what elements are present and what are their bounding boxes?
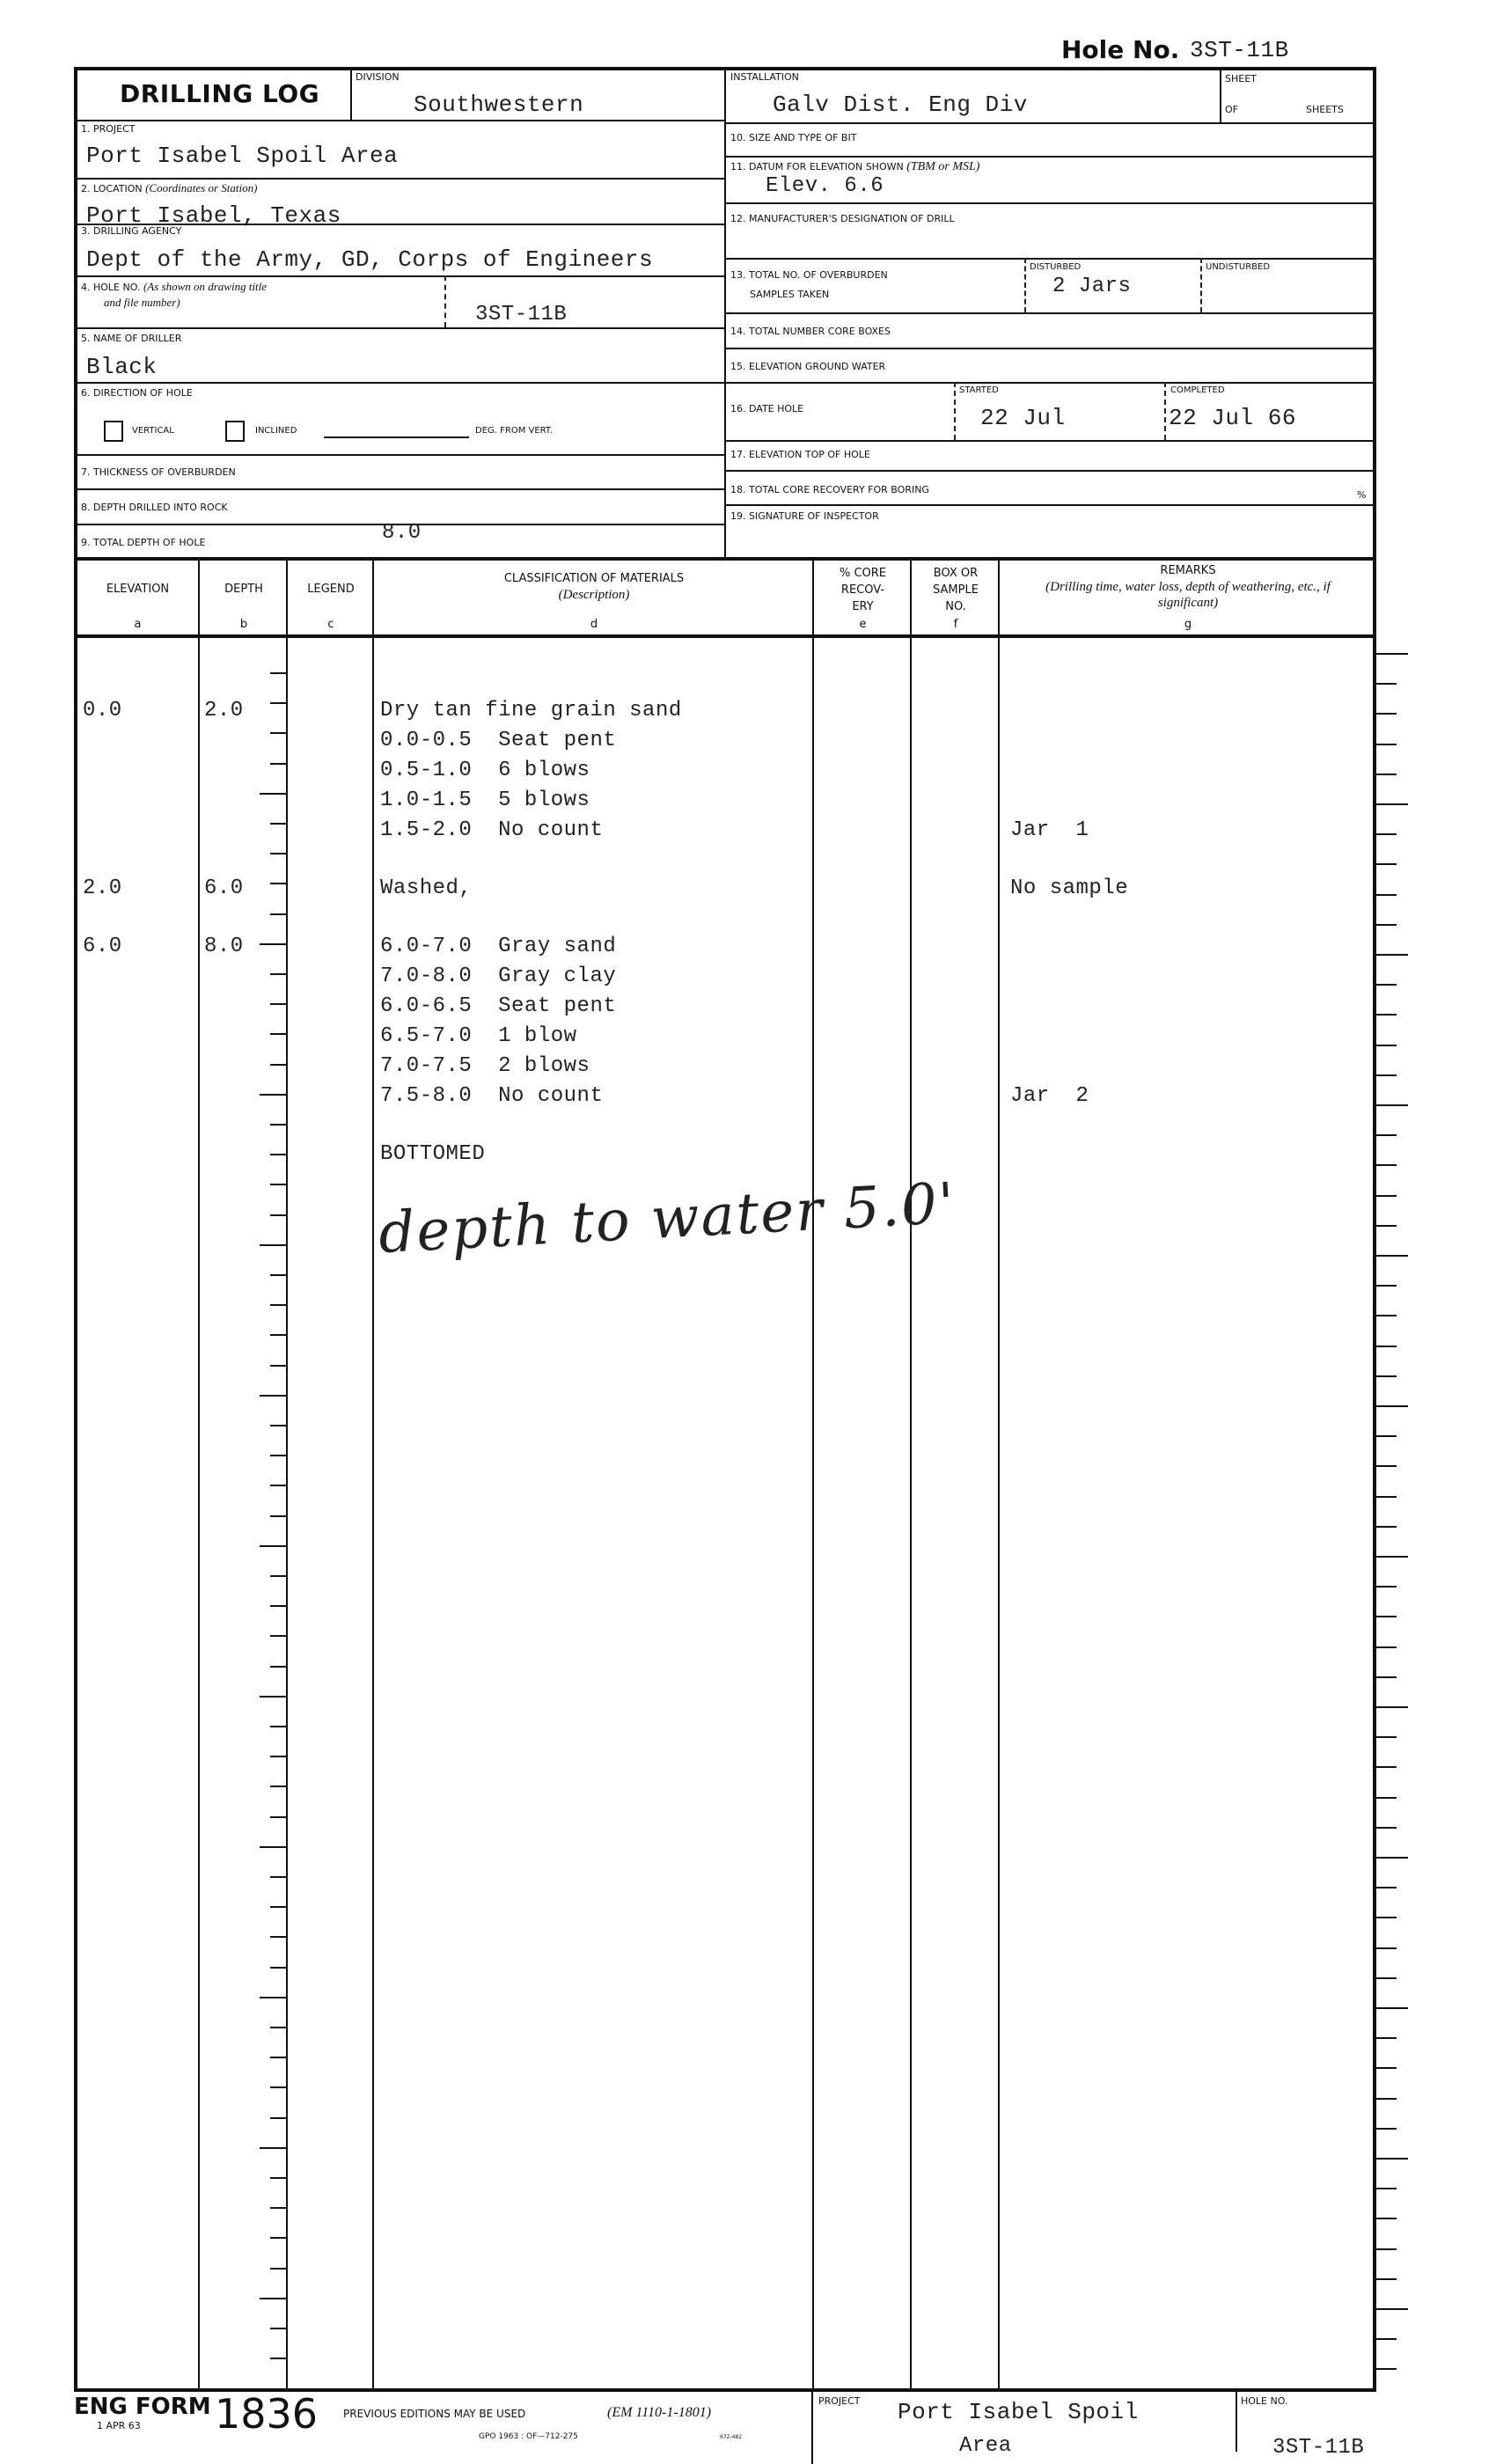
depth-tick: [270, 1605, 286, 1607]
column-header-title: LEGEND: [290, 581, 372, 598]
depth-tick: [260, 1846, 286, 1848]
depth-tick: [270, 1124, 286, 1126]
sheets-label: SHEETS: [1306, 104, 1344, 115]
remarks-cell: Jar 2: [1010, 1084, 1089, 1108]
depth-tick: [270, 2086, 286, 2088]
depth-tick: [270, 1003, 286, 1005]
small-code: 672-482: [720, 2434, 742, 2440]
depth-tick: [270, 1726, 286, 1727]
depth-tick: [270, 883, 286, 884]
depth-tick: [270, 1425, 286, 1426]
edge-tick: [1375, 1736, 1397, 1738]
location-label: 2. LOCATION (Coordinates or Station): [81, 181, 257, 195]
edge-tick: [1375, 653, 1408, 655]
depth-tick: [270, 1033, 286, 1035]
form-number: 1836: [215, 2390, 318, 2438]
inclined-degrees-field[interactable]: [324, 436, 469, 438]
depth-tick: [270, 1184, 286, 1185]
depth-cell: 8.0: [204, 935, 244, 958]
elevation-cell: 2.0: [83, 876, 122, 900]
depth-tick: [270, 823, 286, 825]
driller-label: 5. NAME OF DRILLER: [81, 333, 181, 344]
depth-tick: [270, 1936, 286, 1938]
description-cell: 7.5-8.0 No count: [380, 1084, 603, 1108]
edge-tick: [1375, 1947, 1397, 1949]
edge-tick: [1375, 1526, 1397, 1528]
started-field[interactable]: 22 Jul: [980, 405, 1066, 431]
of-label: OF: [1225, 104, 1238, 115]
depth-tick: [260, 2298, 286, 2299]
edge-tick: [1375, 954, 1408, 956]
edge-tick: [1375, 1074, 1397, 1076]
depth-tick: [270, 1214, 286, 1216]
depth-tick: [260, 2147, 286, 2149]
description-cell: 7.0-7.5 2 blows: [380, 1054, 590, 1078]
edge-tick: [1375, 713, 1397, 715]
column-header-title: CLASSIFICATION OF MATERIALS: [376, 570, 812, 587]
depth-tick: [270, 702, 286, 704]
inspector-signature-label: 19. SIGNATURE OF INSPECTOR: [730, 510, 879, 522]
description-cell: 0.0-0.5 Seat pent: [380, 729, 616, 752]
bit-label: 10. SIZE AND TYPE OF BIT: [730, 132, 856, 143]
project-field[interactable]: Port Isabel Spoil Area: [86, 143, 398, 169]
remarks-cell: No sample: [1010, 876, 1128, 900]
disturbed-label: DISTURBED: [1030, 262, 1081, 272]
edge-tick: [1375, 1676, 1397, 1678]
edge-tick: [1375, 2308, 1408, 2310]
edge-tick: [1375, 1045, 1397, 1046]
edge-tick: [1375, 833, 1397, 835]
depth-tick: [270, 1876, 286, 1878]
hole-no-label-hint2: and file number): [104, 296, 180, 310]
depth-tick: [270, 1365, 286, 1367]
percent-sign: %: [1357, 489, 1366, 501]
depth-tick: [270, 2177, 286, 2179]
edge-tick: [1375, 1887, 1397, 1888]
column-header-line: SAMPLE: [913, 582, 998, 598]
edge-tick: [1375, 1766, 1397, 1768]
column-header-title: ELEVATION: [77, 581, 198, 598]
edge-tick: [1375, 1014, 1397, 1016]
disturbed-field[interactable]: 2 Jars: [1052, 275, 1131, 298]
handwritten-note: depth to water 5.0': [378, 1171, 958, 1266]
edge-tick: [1375, 1827, 1397, 1829]
depth-tick: [270, 1154, 286, 1155]
edge-tick: [1375, 1977, 1397, 1979]
edge-tick: [1375, 1917, 1397, 1918]
edge-tick: [1375, 1195, 1397, 1197]
depth-tick: [260, 1094, 286, 1096]
edge-tick: [1375, 2098, 1397, 2100]
column-header-subtitle: (Description): [376, 587, 812, 603]
edge-tick: [1375, 1225, 1397, 1227]
datum-label: 11. DATUM FOR ELEVATION SHOWN (TBM or MS…: [730, 160, 979, 174]
deg-from-vert-label: DEG. FROM VERT.: [475, 426, 553, 436]
edge-tick: [1375, 984, 1397, 986]
datum-field[interactable]: Elev. 6.6: [766, 174, 884, 198]
description-cell: BOTTOMED: [380, 1142, 485, 1166]
footer-project-label: PROJECT: [818, 2395, 861, 2407]
core-recovery-label: 18. TOTAL CORE RECOVERY FOR BORING: [730, 484, 929, 495]
column-header-subtitle: (Drilling time, water loss, depth of wea…: [1001, 579, 1375, 611]
edge-tick: [1375, 1134, 1397, 1136]
undisturbed-label: UNDISTURBED: [1206, 262, 1270, 272]
date-hole-label: 16. DATE HOLE: [730, 403, 803, 414]
depth-tick: [270, 672, 286, 674]
remarks-cell: Jar 1: [1010, 818, 1089, 842]
datum-label-text: 11. DATUM FOR ELEVATION SHOWN: [730, 161, 904, 172]
edge-tick: [1375, 2278, 1397, 2280]
column-header-line: RECOV-: [816, 582, 910, 598]
edge-tick: [1375, 863, 1397, 865]
edge-tick: [1375, 894, 1397, 896]
project-label: 1. PROJECT: [81, 123, 136, 135]
column-header-title: DEPTH: [202, 581, 286, 598]
edge-tick: [1375, 1375, 1397, 1377]
division-label: DIVISION: [356, 71, 400, 83]
edge-tick: [1375, 1857, 1408, 1859]
inclined-checkbox[interactable]: [225, 421, 245, 442]
depth-tick: [270, 1635, 286, 1637]
completed-label: COMPLETED: [1170, 385, 1225, 395]
edge-tick: [1375, 2128, 1397, 2130]
column-letter-f: f: [913, 618, 998, 631]
edge-tick: [1375, 2338, 1397, 2340]
hole-no-heading: Hole No.: [1061, 35, 1179, 64]
installation-field[interactable]: Galv Dist. Eng Div: [773, 92, 1028, 118]
completed-field[interactable]: 22 Jul 66: [1169, 405, 1296, 431]
depth-tick: [260, 793, 286, 795]
sheet-label: SHEET: [1225, 73, 1257, 84]
em-reference: (EM 1110-1-1801): [607, 2405, 711, 2421]
depth-tick: [270, 973, 286, 975]
column-letter-e: e: [816, 618, 910, 631]
depth-tick: [270, 763, 286, 765]
description-cell: 1.5-2.0 No count: [380, 818, 603, 842]
core-boxes-label: 14. TOTAL NUMBER CORE BOXES: [730, 326, 891, 337]
depth-tick: [270, 732, 286, 734]
description-cell: Washed,: [380, 876, 472, 900]
depth-tick: [260, 1395, 286, 1397]
edge-tick: [1375, 1797, 1397, 1799]
elevation-cell: 6.0: [83, 935, 122, 958]
depth-tick: [270, 1485, 286, 1486]
depth-tick: [260, 1244, 286, 1246]
depth-tick: [260, 1997, 286, 1998]
column-letter-b: b: [202, 618, 286, 631]
depth-tick: [270, 2358, 286, 2359]
edge-tick: [1375, 744, 1397, 745]
edge-tick: [1375, 1616, 1397, 1617]
description-cell: 6.0-6.5 Seat pent: [380, 994, 616, 1018]
footer-hole-no-value: 3ST-11B: [1272, 2436, 1364, 2460]
installation-label: INSTALLATION: [730, 71, 799, 83]
depth-tick: [270, 2027, 286, 2028]
edge-tick: [1375, 2037, 1397, 2039]
column-header-title: REMARKS: [1001, 562, 1375, 579]
column-header-b: DEPTH: [202, 581, 286, 598]
driller-field[interactable]: Black: [86, 354, 158, 380]
depth-tick: [270, 1304, 286, 1306]
depth-tick: [270, 2207, 286, 2209]
depth-tick: [270, 2117, 286, 2119]
edge-tick: [1375, 2158, 1408, 2160]
edge-tick: [1375, 1315, 1397, 1316]
footer-project-line2: Area: [959, 2434, 1012, 2458]
depth-tick: [270, 913, 286, 915]
column-header-line: ERY: [816, 598, 910, 615]
overburden-label: 7. THICKNESS OF OVERBURDEN: [81, 466, 236, 478]
depth-tick: [270, 2268, 286, 2270]
depth-tick: [270, 1967, 286, 1969]
depth-tick: [270, 1666, 286, 1668]
edge-tick: [1375, 2188, 1397, 2189]
description-cell: 6.0-7.0 Gray sand: [380, 935, 616, 958]
depth-tick: [270, 853, 286, 854]
column-letter-c: c: [290, 618, 372, 631]
footer-hole-no-label: HOLE NO.: [1241, 2395, 1287, 2407]
edge-tick: [1375, 1346, 1397, 1347]
column-header-a: ELEVATION: [77, 581, 198, 598]
hole-no-label: 4. HOLE NO. (As shown on drawing title: [81, 280, 267, 294]
total-depth-field[interactable]: 8.0: [382, 521, 422, 545]
form-label: ENG FORM: [74, 2394, 211, 2420]
column-header-line: NO.: [913, 598, 998, 615]
edge-tick: [1375, 2248, 1397, 2250]
division-field[interactable]: Southwestern: [414, 92, 583, 118]
depth-cell: 2.0: [204, 699, 244, 722]
form-title: DRILLING LOG: [120, 79, 319, 108]
description-cell: 0.5-1.0 6 blows: [380, 759, 590, 782]
edge-tick: [1375, 2368, 1397, 2370]
edge-tick: [1375, 1164, 1397, 1166]
column-header-f: BOX ORSAMPLENO.: [913, 565, 998, 615]
started-label: STARTED: [959, 385, 999, 395]
depth-tick: [270, 1455, 286, 1456]
edge-tick: [1375, 2218, 1397, 2219]
rock-depth-label: 8. DEPTH DRILLED INTO ROCK: [81, 502, 228, 513]
edge-tick: [1375, 1465, 1397, 1467]
hole-no-label-text: 4. HOLE NO.: [81, 282, 140, 293]
depth-tick: [270, 1515, 286, 1517]
depth-tick: [270, 1756, 286, 1757]
edge-tick: [1375, 1255, 1408, 1257]
total-depth-label: 9. TOTAL DEPTH OF HOLE: [81, 537, 205, 548]
vertical-checkbox[interactable]: [104, 421, 123, 442]
depth-tick: [270, 1334, 286, 1336]
edge-tick: [1375, 1435, 1397, 1437]
inclined-label: INCLINED: [255, 426, 297, 436]
depth-tick: [260, 943, 286, 945]
depth-tick: [260, 1696, 286, 1698]
depth-tick: [270, 1816, 286, 1818]
edge-tick: [1375, 1556, 1408, 1558]
depth-tick: [260, 1545, 286, 1547]
edge-tick: [1375, 1496, 1397, 1498]
vertical-label: VERTICAL: [132, 426, 174, 436]
editions-note: PREVIOUS EDITIONS MAY BE USED: [343, 2408, 525, 2420]
depth-tick: [270, 1575, 286, 1577]
edge-tick: [1375, 683, 1397, 685]
edge-tick: [1375, 1104, 1408, 1106]
depth-tick: [270, 2328, 286, 2329]
agency-field[interactable]: Dept of the Army, GD, Corps of Engineers: [86, 246, 653, 273]
agency-label: 3. DRILLING AGENCY: [81, 225, 181, 237]
direction-label: 6. DIRECTION OF HOLE: [81, 387, 193, 399]
elevation-cell: 0.0: [83, 699, 122, 722]
drill-designation-label: 12. MANUFACTURER'S DESIGNATION OF DRILL: [730, 213, 955, 224]
description-cell: Dry tan fine grain sand: [380, 699, 682, 722]
depth-tick: [270, 1274, 286, 1276]
hole-no-heading-value: 3ST-11B: [1190, 37, 1289, 63]
edge-tick: [1375, 1285, 1397, 1287]
depth-tick: [270, 2237, 286, 2239]
samples-label: 13. TOTAL NO. OF OVERBURDEN: [730, 269, 888, 281]
edge-tick: [1375, 2007, 1408, 2009]
footer-project-line1: Port Isabel Spoil: [898, 2399, 1139, 2425]
hole-no-label-hint: (As shown on drawing title: [143, 280, 267, 293]
gpo-note: GPO 1963 : OF—712-275: [479, 2432, 578, 2441]
edge-tick: [1375, 774, 1397, 775]
column-letter-d: d: [376, 618, 812, 631]
depth-cell: 6.0: [204, 876, 244, 900]
column-letter-g: g: [1001, 618, 1375, 631]
column-header-c: LEGEND: [290, 581, 372, 598]
column-letter-a: a: [77, 618, 198, 631]
samples-label-2: SAMPLES TAKEN: [750, 289, 829, 300]
depth-tick: [270, 1786, 286, 1787]
depth-tick: [270, 1064, 286, 1066]
description-cell: 1.0-1.5 5 blows: [380, 788, 590, 812]
depth-tick: [270, 1906, 286, 1908]
top-elevation-label: 17. ELEVATION TOP OF HOLE: [730, 449, 870, 460]
edge-tick: [1375, 1706, 1408, 1708]
depth-tick: [270, 2057, 286, 2058]
edge-tick: [1375, 1646, 1397, 1648]
description-cell: 7.0-8.0 Gray clay: [380, 964, 616, 988]
edge-tick: [1375, 2067, 1397, 2069]
edge-tick: [1375, 803, 1408, 805]
datum-label-hint: (TBM or MSL): [906, 160, 979, 173]
location-label-hint: (Coordinates or Station): [145, 181, 257, 194]
edge-tick: [1375, 924, 1397, 926]
ground-water-label: 15. ELEVATION GROUND WATER: [730, 361, 885, 372]
column-header-g: REMARKS(Drilling time, water loss, depth…: [1001, 562, 1375, 611]
edge-tick: [1375, 1405, 1408, 1407]
form-date: 1 APR 63: [97, 2420, 141, 2431]
column-header-d: CLASSIFICATION OF MATERIALS(Description): [376, 570, 812, 603]
column-header-line: BOX OR: [913, 565, 998, 582]
column-header-e: % CORERECOV-ERY: [816, 565, 910, 615]
column-header-line: % CORE: [816, 565, 910, 582]
description-cell: 6.5-7.0 1 blow: [380, 1024, 577, 1048]
hole-no-field[interactable]: 3ST-11B: [475, 303, 567, 326]
location-label-text: 2. LOCATION: [81, 183, 143, 194]
edge-tick: [1375, 1586, 1397, 1588]
